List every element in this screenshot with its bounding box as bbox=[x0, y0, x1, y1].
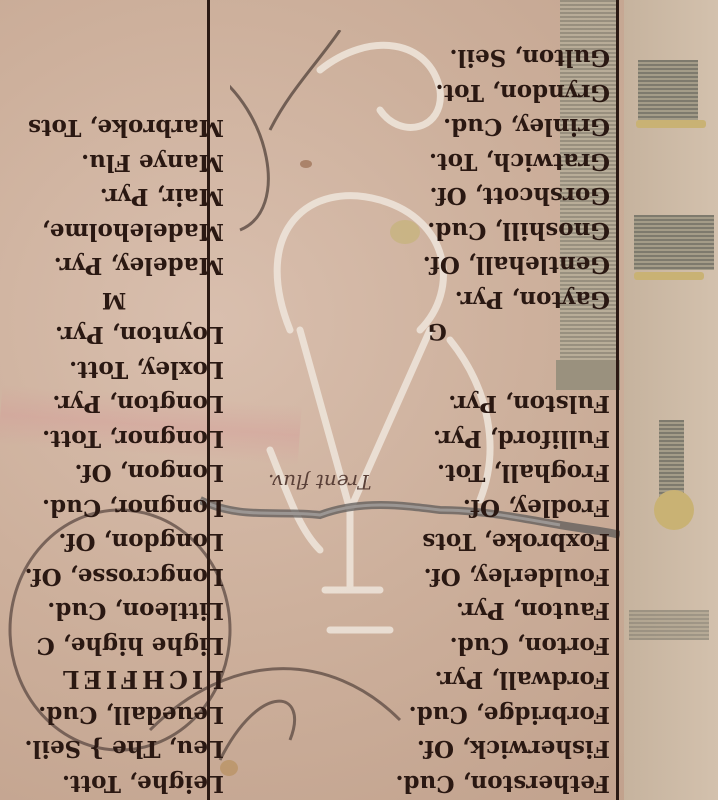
index-entry: Foulderley, Of. bbox=[404, 559, 610, 594]
index-entry: Longcrosse, Of. bbox=[4, 559, 224, 594]
index-entry: Mair, Pyr. bbox=[4, 179, 224, 214]
index-entry: Marbroke, Tots bbox=[4, 110, 224, 145]
frieze-block bbox=[638, 60, 698, 120]
frieze-block bbox=[634, 215, 714, 270]
gazetteer-photo: Trent fluv. Leighe, Tott. Leu, The } Sei… bbox=[0, 0, 718, 800]
index-entry: Longon, Of. bbox=[4, 455, 224, 490]
index-entry: Leighe, Tott. bbox=[4, 766, 224, 800]
index-entry: Longton, Pyr. bbox=[4, 386, 224, 421]
left-index-column: Leighe, Tott. Leu, The } Seil. Leuedall,… bbox=[4, 0, 224, 800]
index-entry: Littleon, Cud. bbox=[4, 593, 224, 628]
index-entry: Fulliford, Pyr. bbox=[404, 421, 610, 456]
index-entry: Fisherwick, Of. bbox=[404, 731, 610, 766]
index-entry: Gnoshill, Cud. bbox=[404, 213, 610, 248]
index-entry: Forbridge, Cud. bbox=[404, 697, 610, 732]
engraved-frieze bbox=[624, 0, 718, 800]
index-entry-city: LICHFIEL bbox=[4, 662, 224, 697]
index-entry: Madeley, Pyr. bbox=[4, 248, 224, 283]
index-entry: Loynton, Pyr. bbox=[4, 317, 224, 352]
index-entry: Gratwich, Tot. bbox=[404, 144, 610, 179]
gold-band bbox=[634, 272, 704, 280]
index-entry: Longnor, Cud. bbox=[4, 490, 224, 525]
gold-band bbox=[636, 120, 706, 128]
index-entry: Leuedall, Cud. bbox=[4, 697, 224, 732]
index-entry: Frodley, Of. bbox=[404, 490, 610, 525]
gold-scroll bbox=[654, 490, 694, 530]
index-entry: Madeleholme, bbox=[4, 214, 224, 249]
index-entry: Gulton, Seil. bbox=[404, 40, 610, 75]
index-entry: Fulston, Pyr. bbox=[404, 386, 610, 421]
section-letter-g: G bbox=[428, 318, 447, 344]
index-entry: Fauton, Pyr. bbox=[404, 593, 610, 628]
column-rule-right bbox=[616, 0, 619, 800]
index-entry: Longnor, Tott. bbox=[4, 421, 224, 456]
index-entry: Loxley, Tott. bbox=[4, 352, 224, 387]
section-letter-m: M bbox=[4, 283, 224, 318]
index-entry: Leu, The } Seil. bbox=[4, 731, 224, 766]
index-entry: Froghall, Tot. bbox=[404, 455, 610, 490]
index-entry: Gayton, Pyr. bbox=[404, 282, 610, 317]
index-entry: Gorshcott, Of. bbox=[404, 178, 610, 213]
index-entry: Grinley, Cud. bbox=[404, 109, 610, 144]
index-entry: Forton, Cud. bbox=[404, 628, 610, 663]
index-entry: Fordwall, Pyr. bbox=[404, 662, 610, 697]
middle-index-column: Fetherston, Cud. Fisherwick, Of. Forbrid… bbox=[404, 0, 610, 800]
index-entry: Foxbroke, Tots bbox=[404, 524, 610, 559]
index-entry: Lighe highe, C bbox=[4, 628, 224, 663]
index-entry: Longdon, Of. bbox=[4, 524, 224, 559]
index-entry: Fetherston, Cud. bbox=[404, 766, 610, 800]
index-entry: Gentlehall, Of. bbox=[404, 247, 610, 282]
frieze-block bbox=[629, 610, 709, 640]
index-entry: Gryndon, Tot. bbox=[404, 75, 610, 110]
frieze-block bbox=[659, 420, 684, 500]
index-entry: Manye Flu. bbox=[4, 145, 224, 180]
